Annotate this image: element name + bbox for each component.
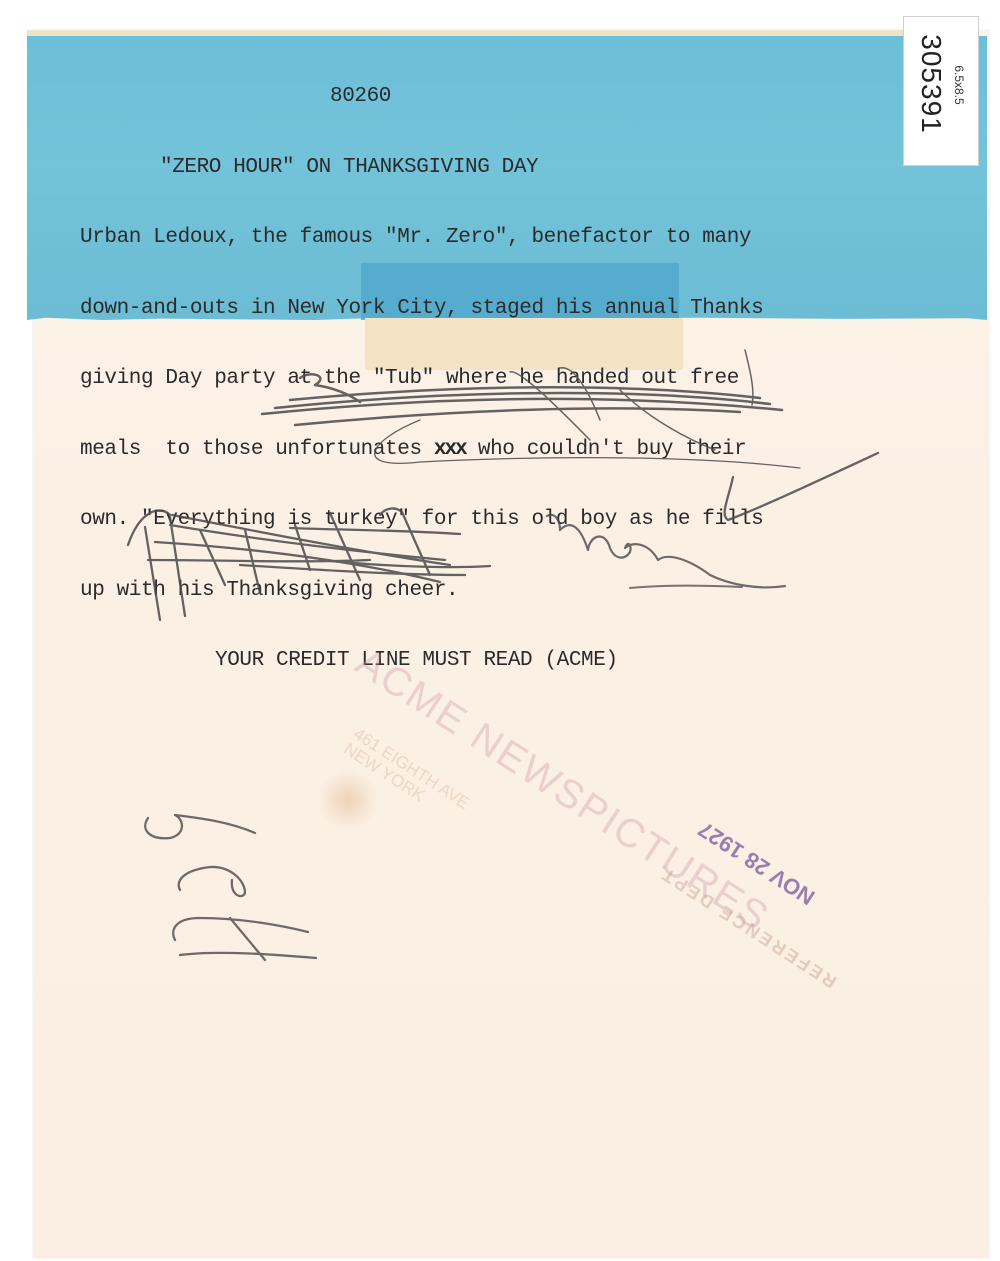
typed-caption: 80260 "ZERO HOUR" ON THANKSGIVING DAY Ur… [80, 38, 910, 696]
caption-line-part: who couldn't buy their [466, 438, 747, 461]
archive-label-text: 305391 6.5x8.5 [903, 16, 977, 164]
caption-line-part: meals to those unfortunates [80, 438, 434, 461]
caption-line: own. "Everything is turkey" for this old… [80, 508, 910, 532]
caption-serial: 80260 [80, 85, 910, 109]
caption-line-with-strike: meals to those unfortunates xxx who coul… [80, 438, 910, 462]
caption-line: up with his Thanksgiving cheer. [80, 579, 910, 603]
caption-line: giving Day party at the "Tub" where he h… [80, 367, 910, 391]
typed-strikeout: xxx [434, 438, 466, 461]
archive-id: 305391 [915, 14, 947, 154]
caption-line: down-and-outs in New York City, staged h… [80, 297, 910, 321]
caption-line: Urban Ledoux, the famous "Mr. Zero", ben… [80, 226, 910, 250]
credit-line: YOUR CREDIT LINE MUST READ (ACME) [80, 649, 910, 673]
print-size: 6.5x8.5 [952, 35, 966, 135]
stain-mark [318, 770, 378, 830]
caption-headline: "ZERO HOUR" ON THANKSGIVING DAY [80, 156, 910, 180]
